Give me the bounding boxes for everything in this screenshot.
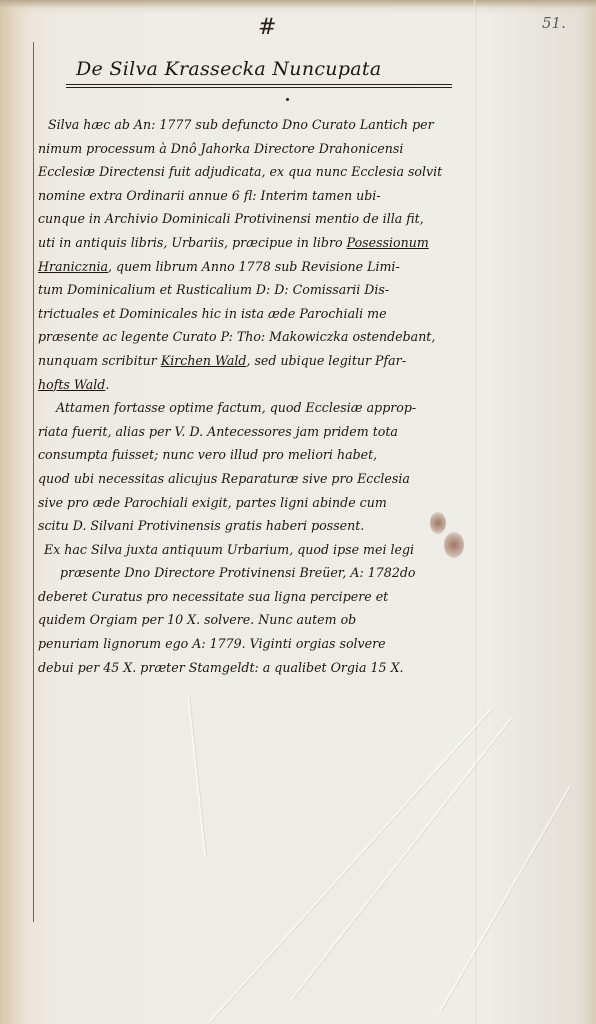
manuscript-line: Silva hæc ab An: 1777 sub defuncto Dno C… (38, 113, 488, 137)
manuscript-line: quod ubi necessitas alicujus Reparaturæ … (38, 467, 488, 491)
manuscript-line: deberet Curatus pro necessitate sua lign… (38, 585, 488, 609)
manuscript-line: præsente Dno Directore Protivinensi Breü… (38, 561, 488, 585)
paper-crease (289, 717, 512, 1002)
manuscript-line: sive pro æde Parochiali exigit, partes l… (38, 491, 488, 515)
manuscript-line: Attamen fortasse optime factum, quod Ecc… (38, 396, 488, 420)
manuscript-line: scitu D. Silvani Protivinensis gratis ha… (38, 514, 488, 538)
manuscript-line: præsente ac legente Curato P: Tho: Makow… (38, 325, 488, 349)
manuscript-line: quidem Orgiam per 10 X. solvere. Nunc au… (38, 608, 488, 632)
page-top-shadow (0, 0, 596, 14)
manuscript-line: Ecclesiæ Directensi fuit adjudicata, ex … (38, 160, 488, 184)
underlined-term: Posessionum (347, 235, 429, 250)
ink-stain (444, 532, 464, 558)
manuscript-body: Silva hæc ab An: 1777 sub defuncto Dno C… (38, 113, 488, 679)
manuscript-line: nimum processum à Dnô Jahorka Directore … (38, 137, 488, 161)
manuscript-line: debui per 45 X. præter Stamgeldt: a qual… (38, 656, 488, 680)
manuscript-line: consumpta fuisset; nunc vero illud pro m… (38, 443, 488, 467)
ink-stain (430, 512, 446, 534)
paper-crease (187, 697, 206, 856)
margin-rule (33, 42, 34, 922)
underlined-term: Hranicznia (38, 259, 108, 274)
manuscript-line: Ex hac Silva juxta antiquum Urbarium, qu… (38, 538, 488, 562)
manuscript-line: nomine extra Ordinarii annue 6 fl: Inter… (38, 184, 488, 208)
title-dot (286, 98, 289, 101)
title-double-underline (66, 84, 452, 85)
paper-crease (209, 708, 492, 1021)
page-title: De Silva Krassecka Nuncupata (76, 58, 382, 80)
header-flourish-mark: # (258, 15, 276, 40)
manuscript-line: trictuales et Dominicales hic in ista æd… (38, 302, 488, 326)
manuscript-line: hofts Wald. (38, 373, 488, 397)
manuscript-line: Hranicznia, quem librum Anno 1778 sub Re… (38, 255, 488, 279)
manuscript-page: 51. # De Silva Krassecka Nuncupata Silva… (0, 0, 596, 1024)
manuscript-line: uti in antiquis libris, Urbariis, præcip… (38, 231, 488, 255)
manuscript-line: tum Dominicalium et Rusticalium D: D: Co… (38, 278, 488, 302)
underlined-term: hofts Wald (38, 377, 105, 392)
manuscript-line: cunque in Archivio Dominicali Protivinen… (38, 207, 488, 231)
paper-crease (439, 785, 571, 1011)
folio-number: 51. (542, 14, 566, 32)
underlined-term: Kirchen Wald (161, 353, 247, 368)
manuscript-line: penuriam lignorum ego A: 1779. Viginti o… (38, 632, 488, 656)
manuscript-line: riata fuerit, alias per V. D. Antecessor… (38, 420, 488, 444)
manuscript-line: nunquam scribitur Kirchen Wald, sed ubiq… (38, 349, 488, 373)
